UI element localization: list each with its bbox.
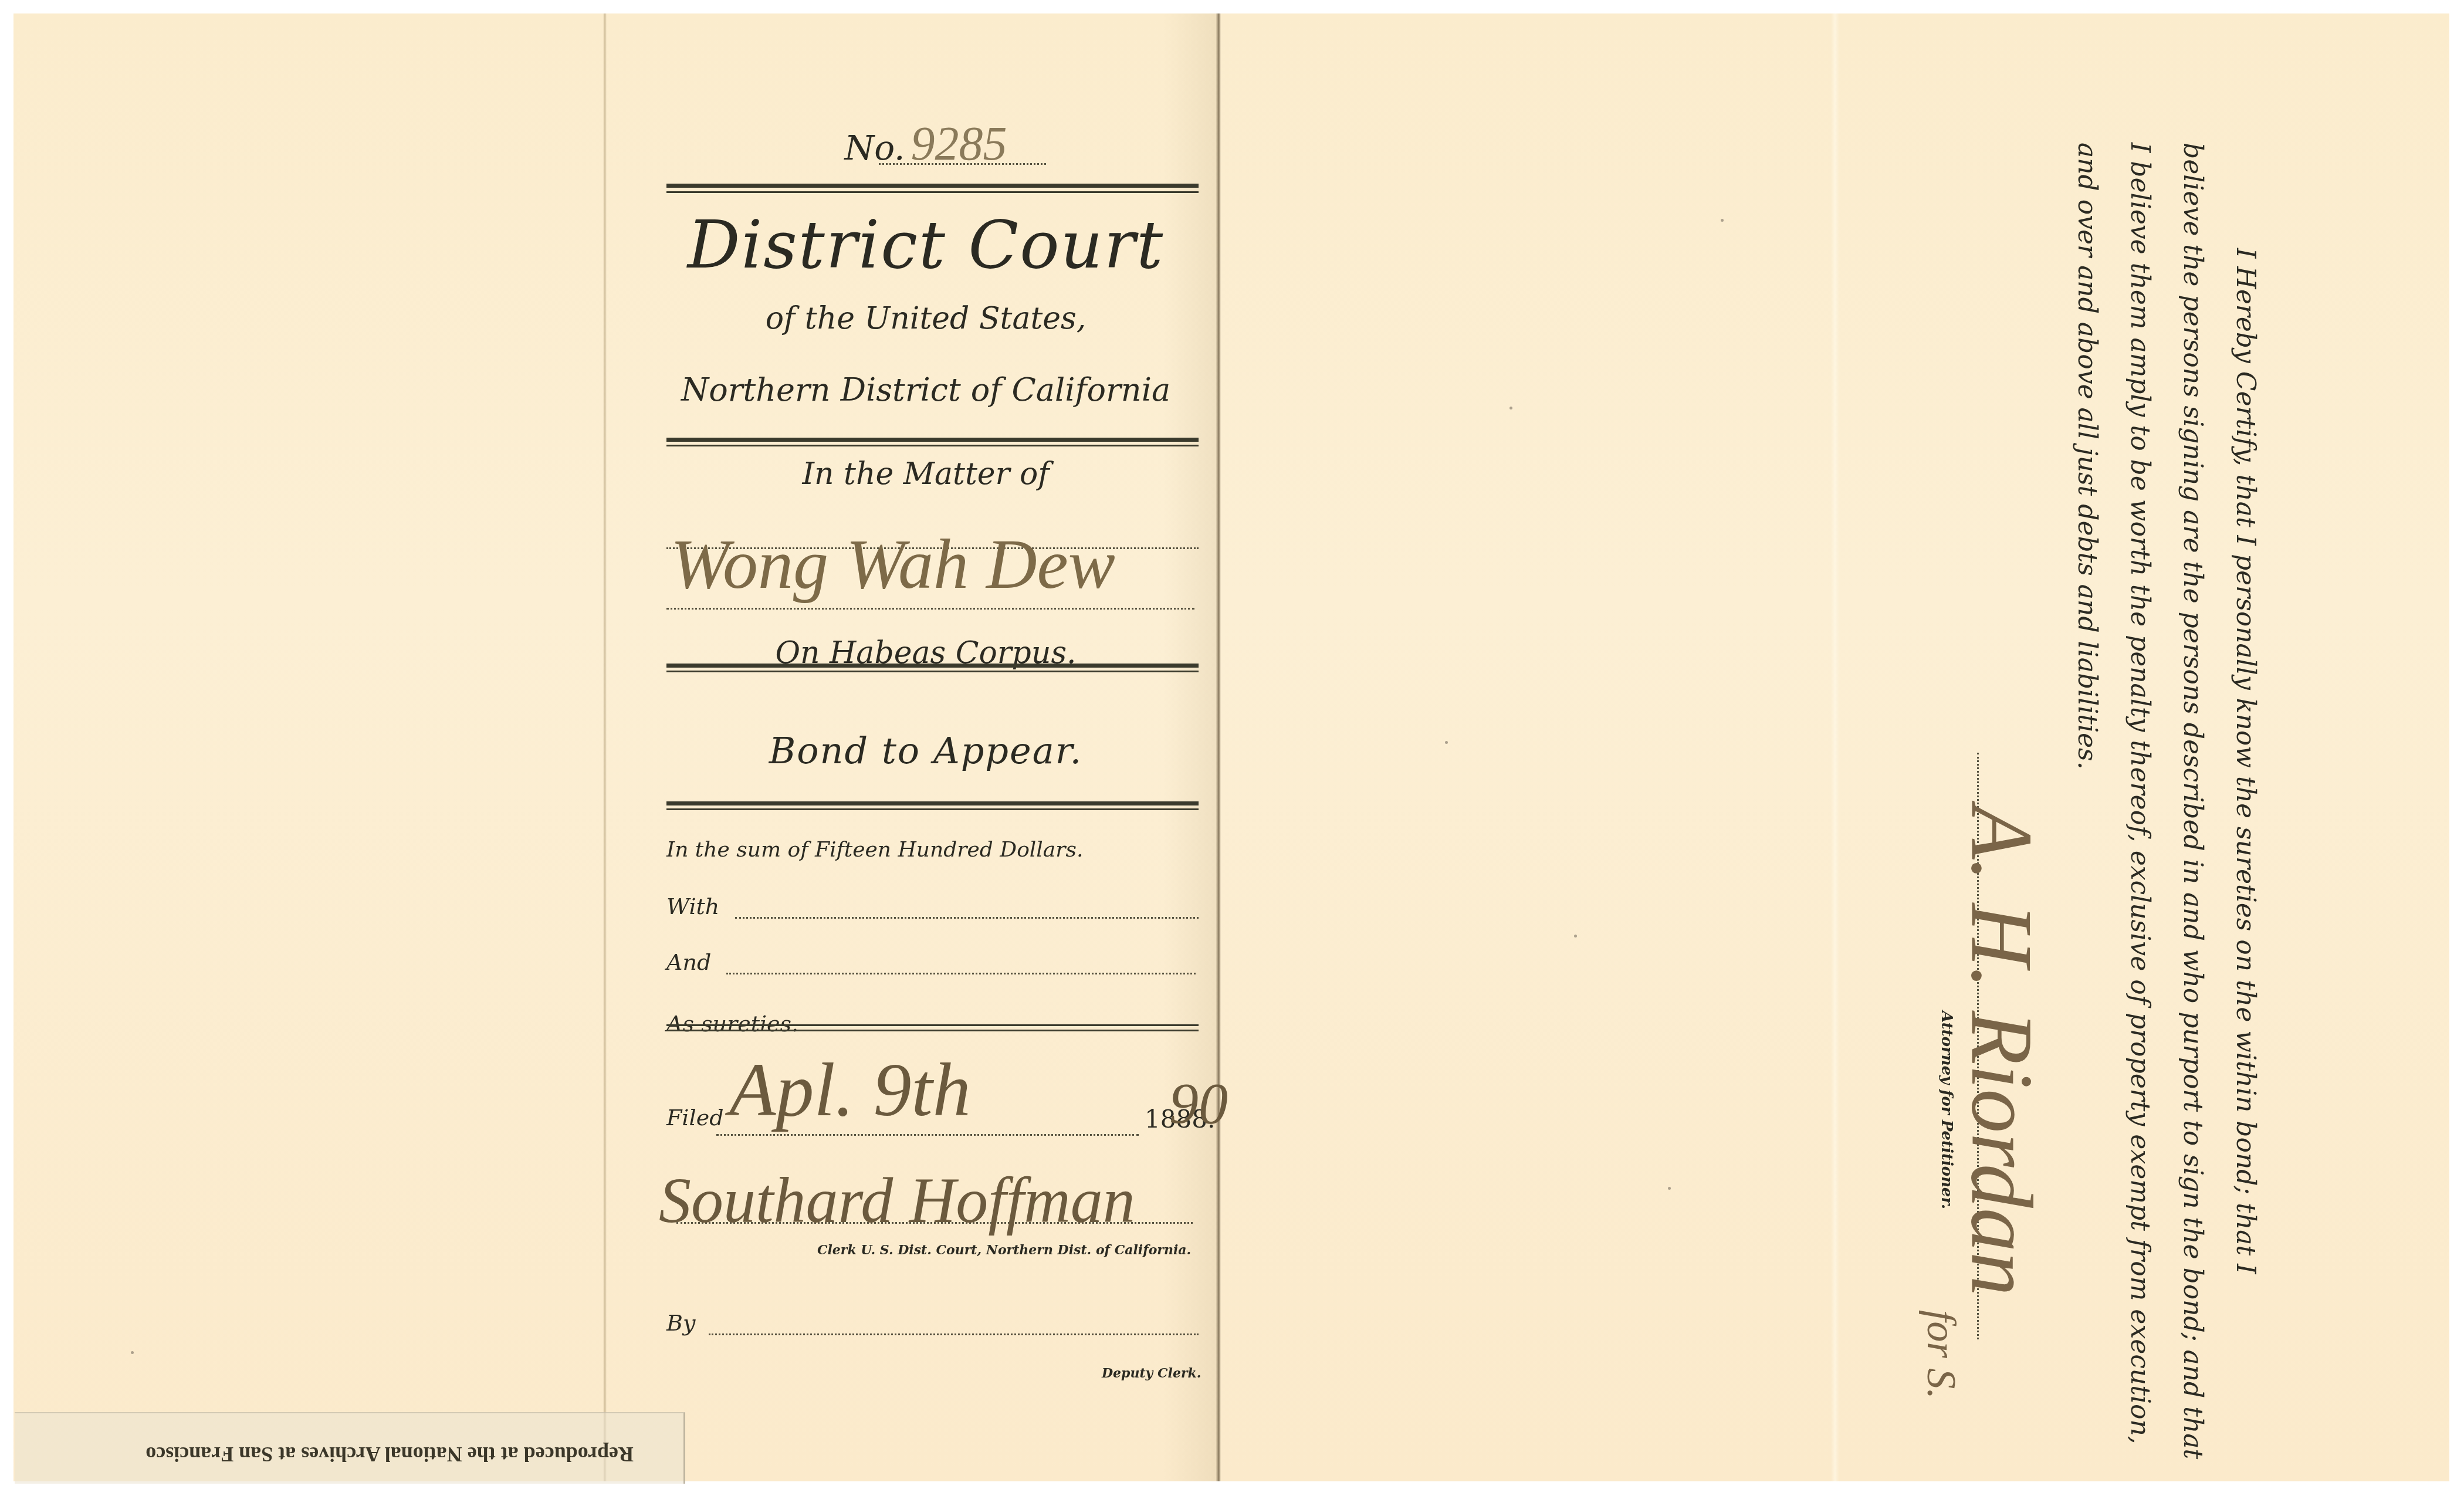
fold-line-2 bbox=[1216, 13, 1221, 1481]
paper-speck bbox=[1445, 741, 1448, 744]
clerk-caption: Clerk U. S. Dist. Court, Northern Dist. … bbox=[817, 1243, 1191, 1258]
double-rule-top bbox=[666, 184, 1199, 188]
deputy-caption: Deputy Clerk. bbox=[1102, 1366, 1201, 1381]
attorney-signature: A. H. Riordan bbox=[1951, 805, 2052, 1296]
certificate-line-2: believe the persons signing are the pers… bbox=[2178, 143, 2208, 1459]
certificate-line-3: I believe them amply to be worth the pen… bbox=[2125, 143, 2155, 1444]
document-title: Bond to Appear. bbox=[653, 729, 1199, 772]
court-title: District Court bbox=[653, 207, 1199, 283]
attorney-caption: Attorney for Petitioner. bbox=[1938, 1011, 1955, 1209]
attorney-signature-suffix: for S. bbox=[1917, 1310, 1964, 1399]
fold-line-3 bbox=[1831, 13, 1839, 1481]
case-number: 9285 bbox=[911, 117, 1007, 170]
filed-label: Filed bbox=[666, 1105, 724, 1131]
certificate-line-1: I Hereby Certify, that I personally know… bbox=[2231, 248, 2260, 1274]
double-rule-top bbox=[666, 664, 1199, 668]
archive-label: Reproduced at the National Archives at S… bbox=[145, 1442, 634, 1467]
and-label: And bbox=[666, 949, 711, 975]
clerk-signature: Southard Hoffman bbox=[659, 1163, 1135, 1238]
double-rule-top bbox=[666, 438, 1199, 442]
sureties-label: As sureties. bbox=[666, 1011, 798, 1037]
filed-dotted-line bbox=[716, 1134, 1139, 1136]
double-rule-bottom bbox=[666, 191, 1199, 193]
paper-speck bbox=[1574, 935, 1577, 937]
with-dotted-line bbox=[735, 917, 1199, 919]
case-number-dotted-line bbox=[879, 163, 1046, 165]
by-label: By bbox=[666, 1310, 695, 1336]
double-rule-bottom bbox=[666, 808, 1199, 810]
matter-label: In the Matter of bbox=[653, 456, 1199, 492]
document-paper: No.9285 District Court of the United Sta… bbox=[13, 13, 2449, 1481]
double-rule-top bbox=[666, 1024, 1199, 1026]
paper-speck bbox=[1721, 219, 1724, 222]
filed-year-correction: 90 bbox=[1169, 1069, 1228, 1137]
attorney-certificate: I Hereby Certify, that I personally know… bbox=[1903, 113, 2284, 1433]
double-rule-bottom bbox=[666, 671, 1199, 672]
paper-speck bbox=[1509, 407, 1512, 409]
filed-date-handwritten: Apl. 9th bbox=[729, 1046, 971, 1134]
double-rule-bottom bbox=[666, 1030, 1199, 1031]
bond-sum: In the sum of Fifteen Hundred Dollars. bbox=[666, 838, 1083, 862]
and-dotted-line bbox=[726, 973, 1196, 974]
court-subtitle-2: Northern District of California bbox=[653, 371, 1199, 408]
certificate-line-4: and over and above all just debts and li… bbox=[2072, 143, 2102, 770]
fold-line-1 bbox=[603, 13, 607, 1481]
case-number-label: No. bbox=[844, 128, 905, 168]
name-dotted-line-2 bbox=[666, 608, 1194, 610]
with-label: With bbox=[666, 893, 719, 919]
petitioner-name: Wong Wah Dew bbox=[671, 524, 1115, 605]
deputy-signature-line bbox=[709, 1333, 1199, 1335]
paper-speck bbox=[131, 1351, 134, 1354]
paper-speck bbox=[1668, 1187, 1671, 1190]
double-rule-bottom bbox=[666, 445, 1199, 446]
court-subtitle-1: of the United States, bbox=[653, 301, 1199, 336]
double-rule-top bbox=[666, 801, 1199, 805]
